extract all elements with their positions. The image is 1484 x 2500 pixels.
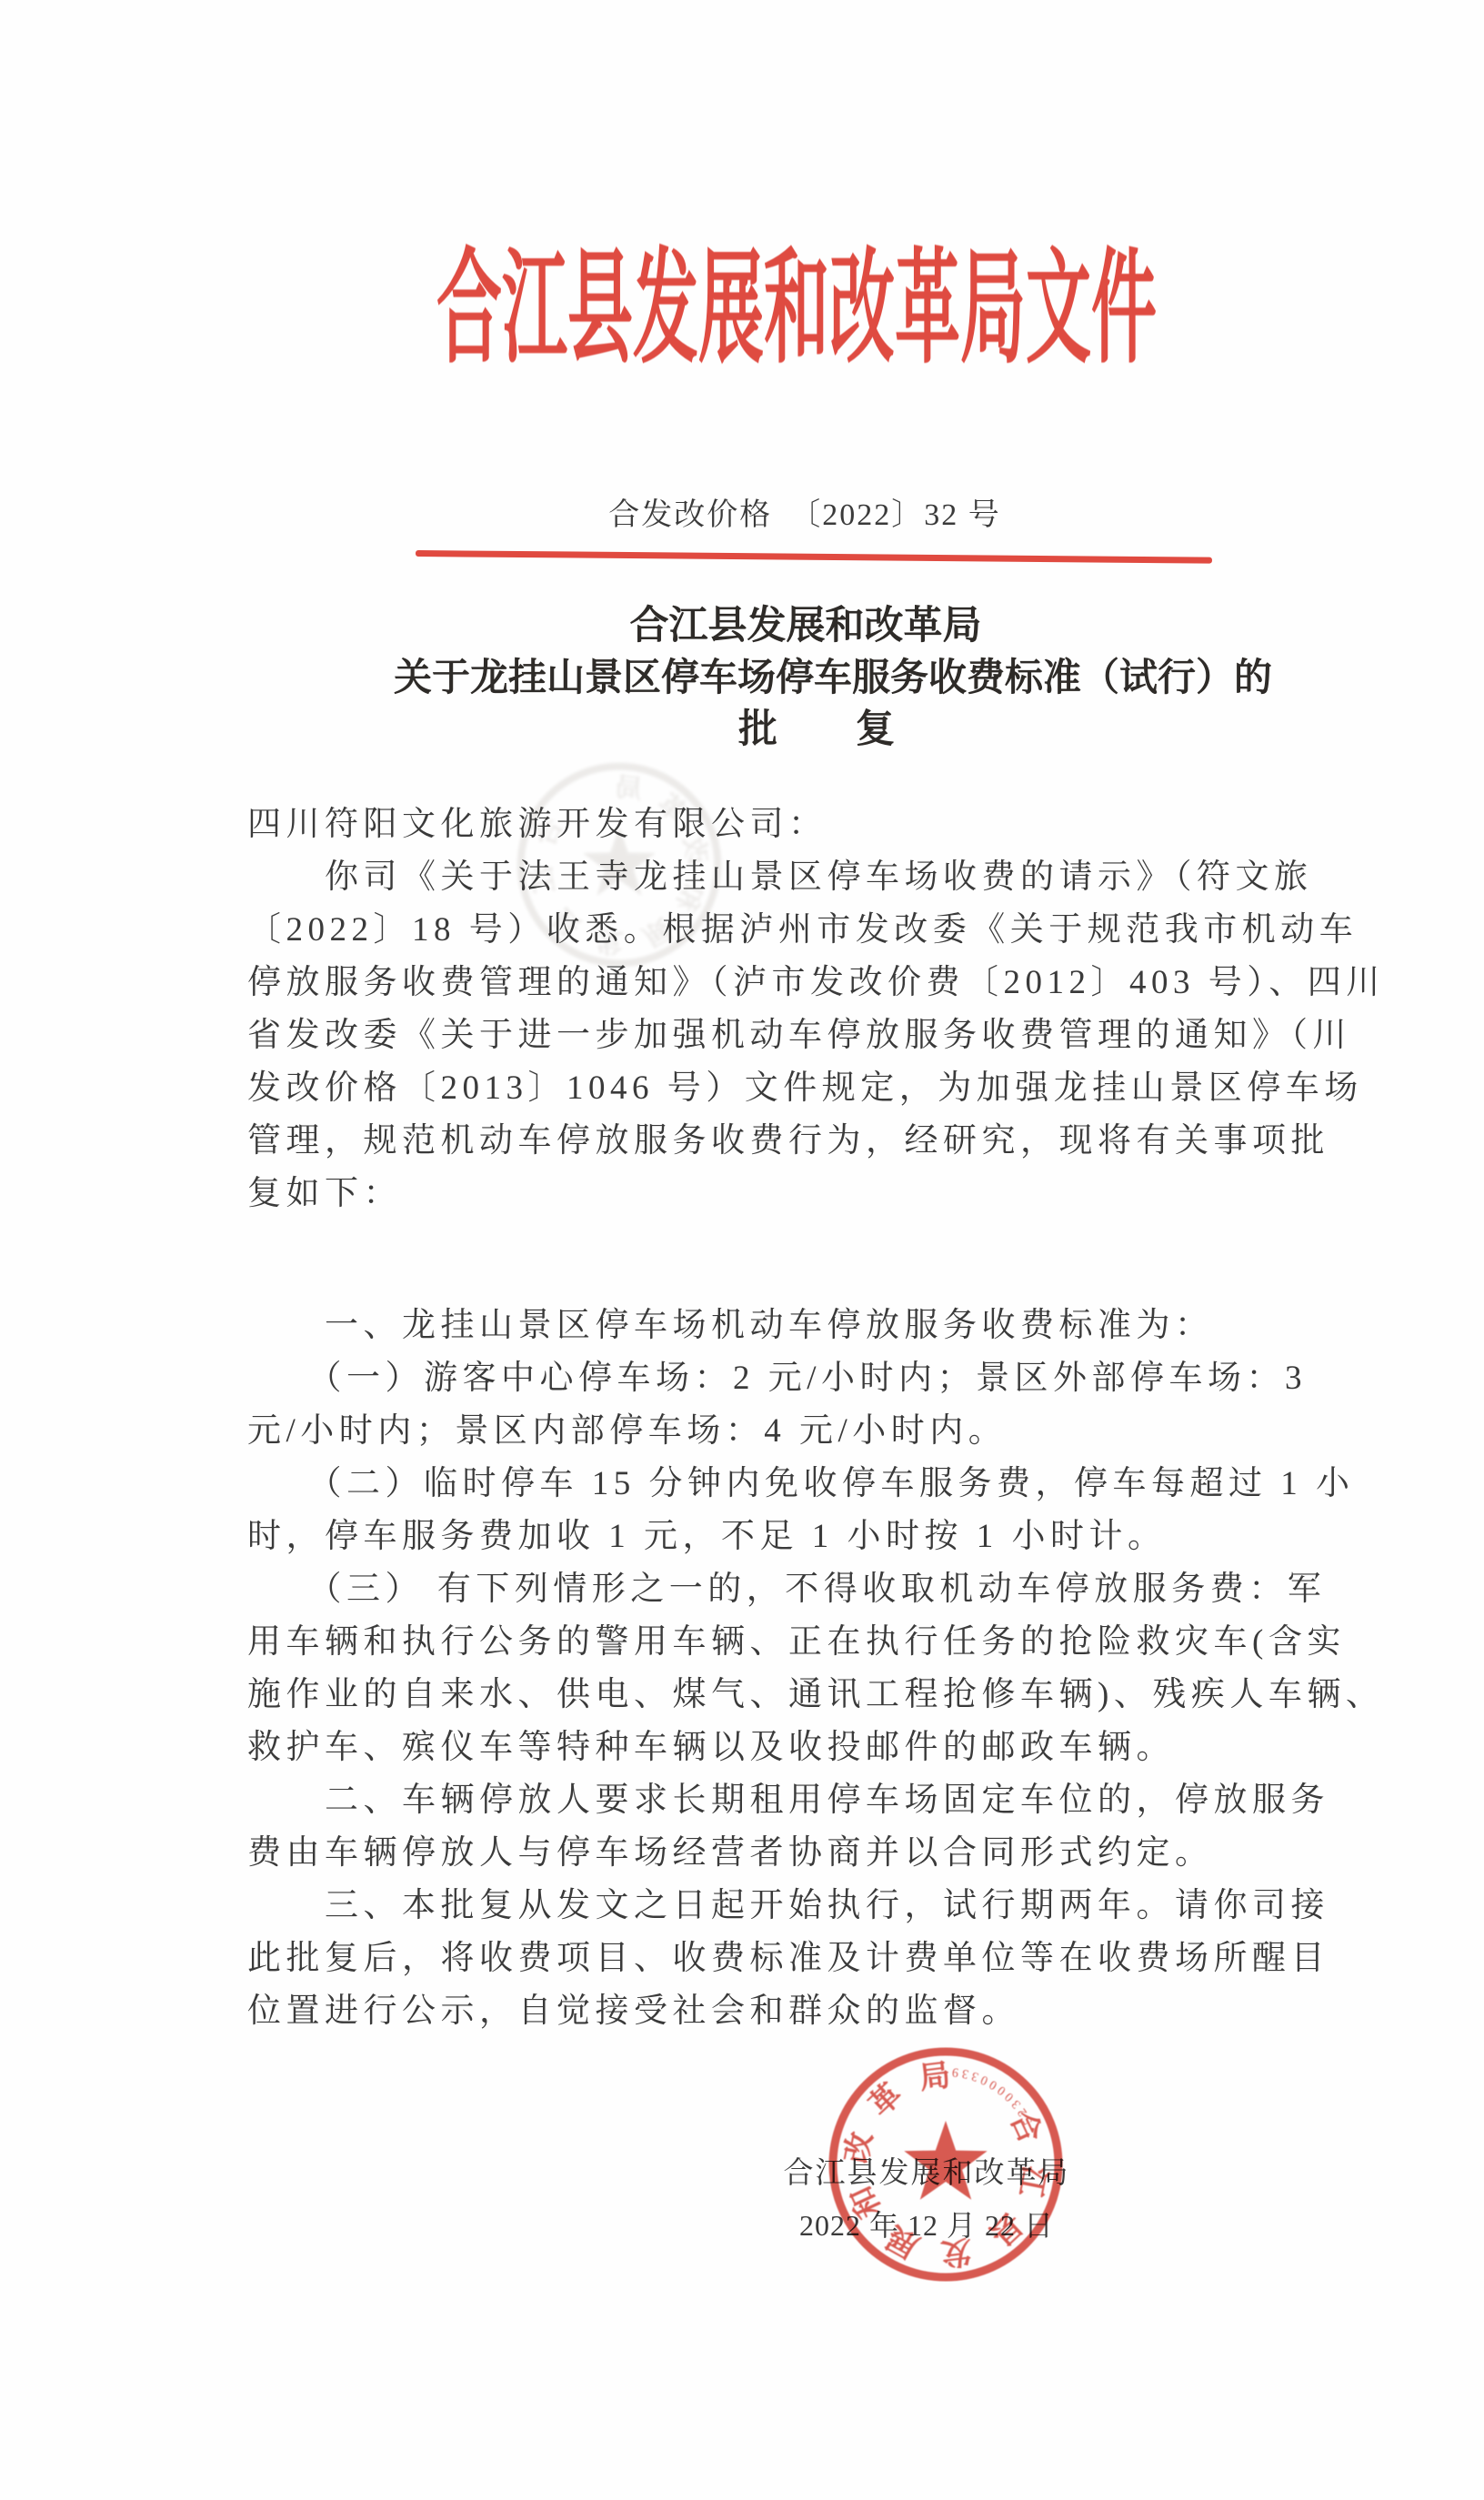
body-text-line: （三） 有下列情形之一的，不得收取机动车停放服务费：军 [247, 1563, 1284, 1616]
body-text-line: （一）游客中心停车场：2 元/小时内；景区外部停车场：3 [247, 1352, 1284, 1405]
seal-agency-char: 发 [939, 2233, 974, 2271]
title-line-1: 合江县发展和改革局 [630, 595, 982, 650]
body-text-line: 此批复后，将收费项目、收费标准及计费单位等在收费场所醒目 [247, 1933, 1284, 1985]
document-page: 合江县发展和改革局 合江县发展和改革局文件 合发改价格 〔2022〕32 号 合… [0, 0, 1484, 2500]
body-text-line: 用车辆和执行公务的警用车辆、正在执行任务的抢险救灾车(含实 [247, 1616, 1284, 1669]
seal-agency-char: 改 [839, 2129, 879, 2166]
masthead-title: 合江县发展和改革局文件 [436, 247, 1157, 372]
seal-star-icon [904, 2121, 987, 2200]
document-number: 合发改价格 〔2022〕32 号 [608, 489, 1001, 534]
intro-paragraph-block: 四川符阳文化旅游开发有限公司： 你司《关于法王寺龙挂山景区停车场收费的请示》（符… [247, 798, 1284, 1220]
body-text-line: 二、车辆停放人要求长期租用停车场固定车位的，停放服务 [247, 1774, 1284, 1827]
seal-serial-digit: 3 [970, 2069, 980, 2083]
seal-serial-digit: 0 [978, 2073, 990, 2088]
title-line-3: 批 复 [738, 698, 895, 754]
main-paragraph-block: 一、龙挂山景区停车场机动车停放服务收费标准为： （一）游客中心停车场：2 元/小… [247, 1300, 1284, 2038]
body-text-line: 停放服务收费管理的通知》（泸市发改价费〔2012〕403 号）、四川 [247, 957, 1284, 1009]
body-text-line: 位置进行公示，自觉接受社会和群众的监督。 [247, 1985, 1284, 2038]
body-text-line: 四川符阳文化旅游开发有限公司： [247, 798, 1284, 851]
body-text-line: （二）临时停车 15 分钟内免收停车服务费，停车每超过 1 小 [247, 1458, 1284, 1511]
body-text-line: 省发改委《关于进一步加强机动车停放服务收费管理的通知》（川 [247, 1009, 1284, 1062]
seal-serial-digit: 9 [951, 2064, 959, 2079]
seal-agency-char: 江 [1012, 2163, 1051, 2199]
body-text-line: 发改价格〔2013〕1046 号）文件规定，为加强龙挂山景区停车场 [247, 1062, 1284, 1115]
body-text-line: 费由车辆停放人与停车场经营者协商并以合同形式约定。 [247, 1827, 1284, 1880]
body-text-line: 三、本批复从发文之日起开始执行，试行期两年。请你司接 [247, 1880, 1284, 1933]
official-seal: 合江县发展和改革局9330000325 [809, 2028, 1082, 2301]
body-text-line: 一、龙挂山景区停车场机动车停放服务收费标准为： [247, 1300, 1284, 1352]
body-text-line: 复如下： [247, 1168, 1284, 1220]
body-text-line: 〔2022〕18 号）收悉。根据泸州市发改委《关于规范我市机动车 [247, 904, 1284, 957]
body-text-line: 你司《关于法王寺龙挂山景区停车场收费的请示》（符文旅 [247, 851, 1284, 904]
title-line-2: 关于龙挂山景区停车场停车服务收费标准（试行）的 [394, 648, 1272, 702]
seal-agency-char: 局 [917, 2059, 952, 2096]
body-text-line: 管理，规范机动车停放服务收费行为，经研究，现将有关事项批 [247, 1115, 1284, 1168]
body-text-line: 救护车、殡仪车等特种车辆以及收投邮件的邮政车辆。 [247, 1722, 1284, 1774]
seal-serial-digit: 3 [961, 2066, 970, 2081]
body-text-line: 时，停车服务费加收 1 元，不足 1 小时按 1 小时计。 [247, 1511, 1284, 1563]
body-text-line: 施作业的自来水、供电、煤气、通讯工程抢修车辆)、残疾人车辆、 [247, 1669, 1284, 1722]
body-text-line: 元/小时内；景区内部停车场：4 元/小时内。 [247, 1405, 1284, 1458]
red-separator-rule [416, 550, 1212, 564]
